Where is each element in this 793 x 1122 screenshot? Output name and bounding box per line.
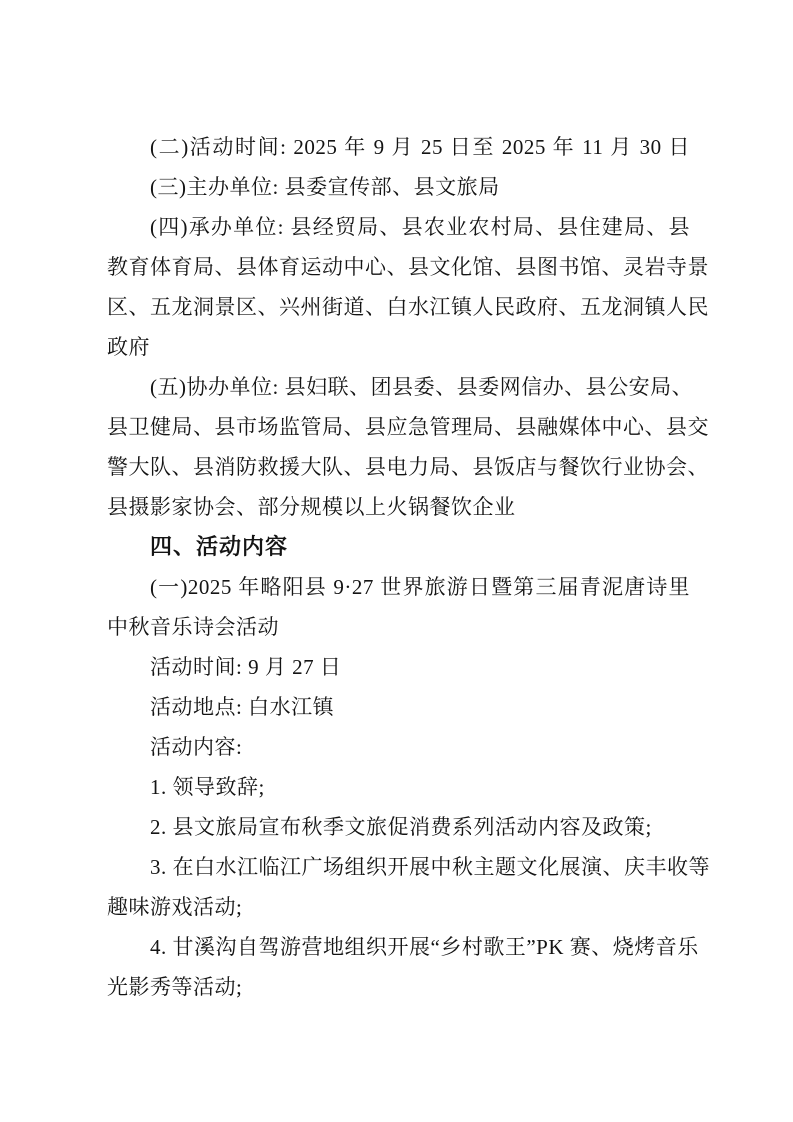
- document-page: (二)活动时间: 2025 年 9 月 25 日至 2025 年 11 月 30…: [0, 0, 793, 1122]
- doc-line: 警大队、县消防救援大队、县电力局、县饭店与餐饮行业协会、: [107, 447, 690, 487]
- doc-line: 光影秀等活动;: [107, 967, 690, 1007]
- doc-line: 中秋音乐诗会活动: [107, 607, 690, 647]
- doc-line: (四)承办单位: 县经贸局、县农业农村局、县住建局、县: [107, 207, 690, 247]
- doc-line: 2. 县文旅局宣布秋季文旅促消费系列活动内容及政策;: [107, 807, 690, 847]
- doc-line: (二)活动时间: 2025 年 9 月 25 日至 2025 年 11 月 30…: [107, 127, 690, 167]
- doc-line: 1. 领导致辞;: [107, 767, 690, 807]
- doc-line: 4. 甘溪沟自驾游营地组织开展“乡村歌王”PK 赛、烧烤音乐: [107, 927, 690, 967]
- doc-line: 活动时间: 9 月 27 日: [107, 647, 690, 687]
- doc-line: 区、五龙洞景区、兴州街道、白水江镇人民政府、五龙洞镇人民: [107, 287, 690, 327]
- doc-line: 3. 在白水江临江广场组织开展中秋主题文化展演、庆丰收等: [107, 847, 690, 887]
- doc-line: 活动地点: 白水江镇: [107, 687, 690, 727]
- document-body: (二)活动时间: 2025 年 9 月 25 日至 2025 年 11 月 30…: [107, 127, 690, 1007]
- doc-line: 教育体育局、县体育运动中心、县文化馆、县图书馆、灵岩寺景: [107, 247, 690, 287]
- doc-line: (五)协办单位: 县妇联、团县委、县委网信办、县公安局、: [107, 367, 690, 407]
- doc-line: 县摄影家协会、部分规模以上火锅餐饮企业: [107, 487, 690, 527]
- section-heading: 四、活动内容: [107, 527, 690, 567]
- doc-line: 政府: [107, 327, 690, 367]
- doc-line: 趣味游戏活动;: [107, 887, 690, 927]
- doc-line: (一)2025 年略阳县 9·27 世界旅游日暨第三届青泥唐诗里: [107, 567, 690, 607]
- doc-line: 活动内容:: [107, 727, 690, 767]
- doc-line: (三)主办单位: 县委宣传部、县文旅局: [107, 167, 690, 207]
- doc-line: 县卫健局、县市场监管局、县应急管理局、县融媒体中心、县交: [107, 407, 690, 447]
